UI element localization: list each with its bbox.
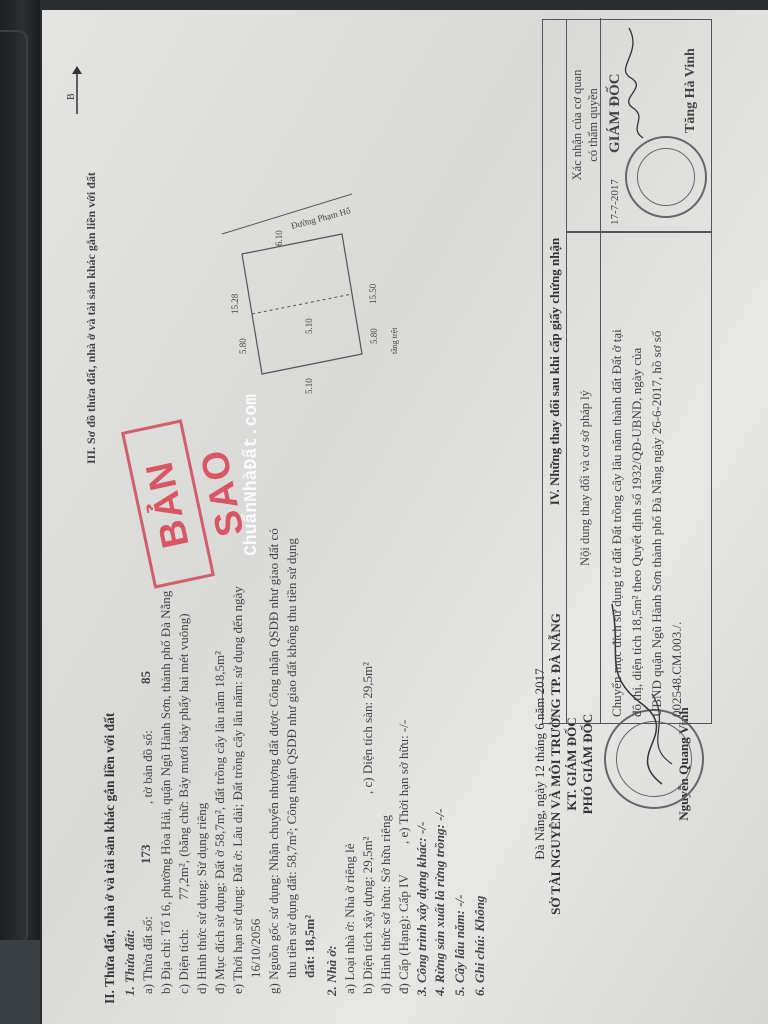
house-ownership-term: , e) Thời hạn sở hữu: -/- (396, 720, 412, 844)
land-address: b) Địa chỉ: Tổ 16, phường Hòa Hải, quận … (158, 591, 174, 994)
svg-text:5.80: 5.80 (369, 328, 379, 344)
copy-stamp: BẢN SAO (121, 419, 215, 588)
map-sheet-number: 85 (138, 671, 154, 684)
confirm-date: 17-7-2017 (609, 179, 621, 225)
house-ownership: d) Hình thức sở hữu: Sở hữu riêng (378, 815, 394, 994)
watermark: ChuẩnNhàĐất.com (242, 394, 262, 556)
other-works: 3. Công trình xây dựng khác: -/- (414, 822, 430, 996)
notes: 6. Ghi chú: Không (472, 896, 488, 996)
land-use-form: d) Hình thức sử dụng: Sử dụng riêng (194, 803, 210, 994)
section4-title: IV. Những thay đổi sau khi cấp giấy chứn… (543, 20, 567, 723)
land-origin-2: thu tiền sử dụng đất: 58,7m²; Công nhận … (284, 538, 300, 978)
device-bezel (0, 0, 40, 1024)
svg-text:6.10: 6.10 (274, 230, 284, 246)
official-seal-right (625, 136, 707, 218)
land-use-term-date: 16/10/2056 (248, 919, 264, 978)
confirm-title: GIÁM ĐỐC (607, 73, 624, 153)
house-heading: 2. Nhà ở: (324, 945, 340, 996)
svg-text:15.50: 15.50 (368, 283, 378, 304)
col-confirm-line2: có thẩm quyền (585, 18, 601, 232)
svg-text:5.10: 5.10 (304, 318, 314, 334)
svg-text:B: B (66, 93, 77, 100)
map-sheet-label: , tờ bản đồ số: (140, 730, 156, 804)
north-arrow-icon: B (62, 64, 92, 124)
signature-right (623, 23, 653, 143)
svg-text:tầng trệt: tầng trệt (390, 327, 399, 354)
bezel-bottom (0, 940, 40, 1024)
house-build-area: b) Diện tích xây dựng: 29,5m² (360, 836, 376, 994)
certificate-page: II. Thửa đất, nhà ở và tài sản khác gắn … (42, 10, 768, 1024)
parcel-number: 173 (138, 845, 154, 865)
section3-title: III. Sơ đồ thửa đất, nhà ở và tài sản kh… (84, 172, 99, 464)
land-origin-1: g) Nguồn gốc sử dụng: Nhận chuyển nhượng… (266, 528, 282, 994)
bezel-edge (0, 30, 28, 944)
house-grade: đ) Cấp (Hạng): Cấp IV (396, 874, 412, 994)
house-type: a) Loại nhà ở: Nhà ở riêng lẻ (342, 843, 358, 994)
svg-text:Đường Phạm Hổ: Đường Phạm Hổ (290, 205, 352, 231)
forest: 4. Rừng sản xuất là rừng trồng: -/- (432, 808, 448, 996)
section2-title: II. Thửa đất, nhà ở và tài sản khác gắn … (102, 713, 118, 1004)
land-use-purpose: đ) Mục đích sử dụng: Đất ở 58,7m², đất t… (212, 651, 228, 994)
svg-text:15.28: 15.28 (230, 293, 240, 314)
section4-table: IV. Những thay đổi sau khi cấp giấy chứn… (542, 19, 712, 724)
parcel-sketch: Đường Phạm Hổ 6.10 15.28 15.50 5.10 5.80… (182, 174, 422, 434)
parcel-label: a) Thửa đất số: (140, 916, 156, 994)
confirm-signer: Tăng Hà Vinh (683, 48, 699, 133)
change-content: Chuyển mục đích sử dụng từ đất Đất trồng… (607, 317, 687, 717)
svg-text:5.80: 5.80 (238, 338, 248, 354)
svg-text:5.10: 5.10 (304, 378, 314, 394)
land-use-term: e) Thời hạn sử dụng: Đất ở: Lâu dài; Đất… (230, 586, 246, 994)
col-confirmation: Xác nhận của cơ quan có thẩm quyền (567, 18, 601, 232)
rotated-document: II. Thửa đất, nhà ở và tài sản khác gắn … (42, 10, 768, 1024)
land-area-value: 77,2m², (bằng chữ: Bảy mươi bảy phẩy hai… (176, 613, 192, 900)
perennial-trees: 5. Cây lâu năm: -/- (452, 895, 468, 996)
house-floor-area: , c) Diện tích sàn: 29,5m² (360, 662, 376, 794)
col-confirm-line1: Xác nhận của cơ quan (569, 18, 585, 232)
col-change-content: Nội dung thay đổi và cơ sở pháp lý (567, 233, 601, 723)
land-area-label: c) Diện tích: (176, 929, 192, 994)
land-origin-3: đất: 18,5m² (302, 915, 318, 978)
land-heading: 1. Thửa đất: (122, 929, 138, 996)
